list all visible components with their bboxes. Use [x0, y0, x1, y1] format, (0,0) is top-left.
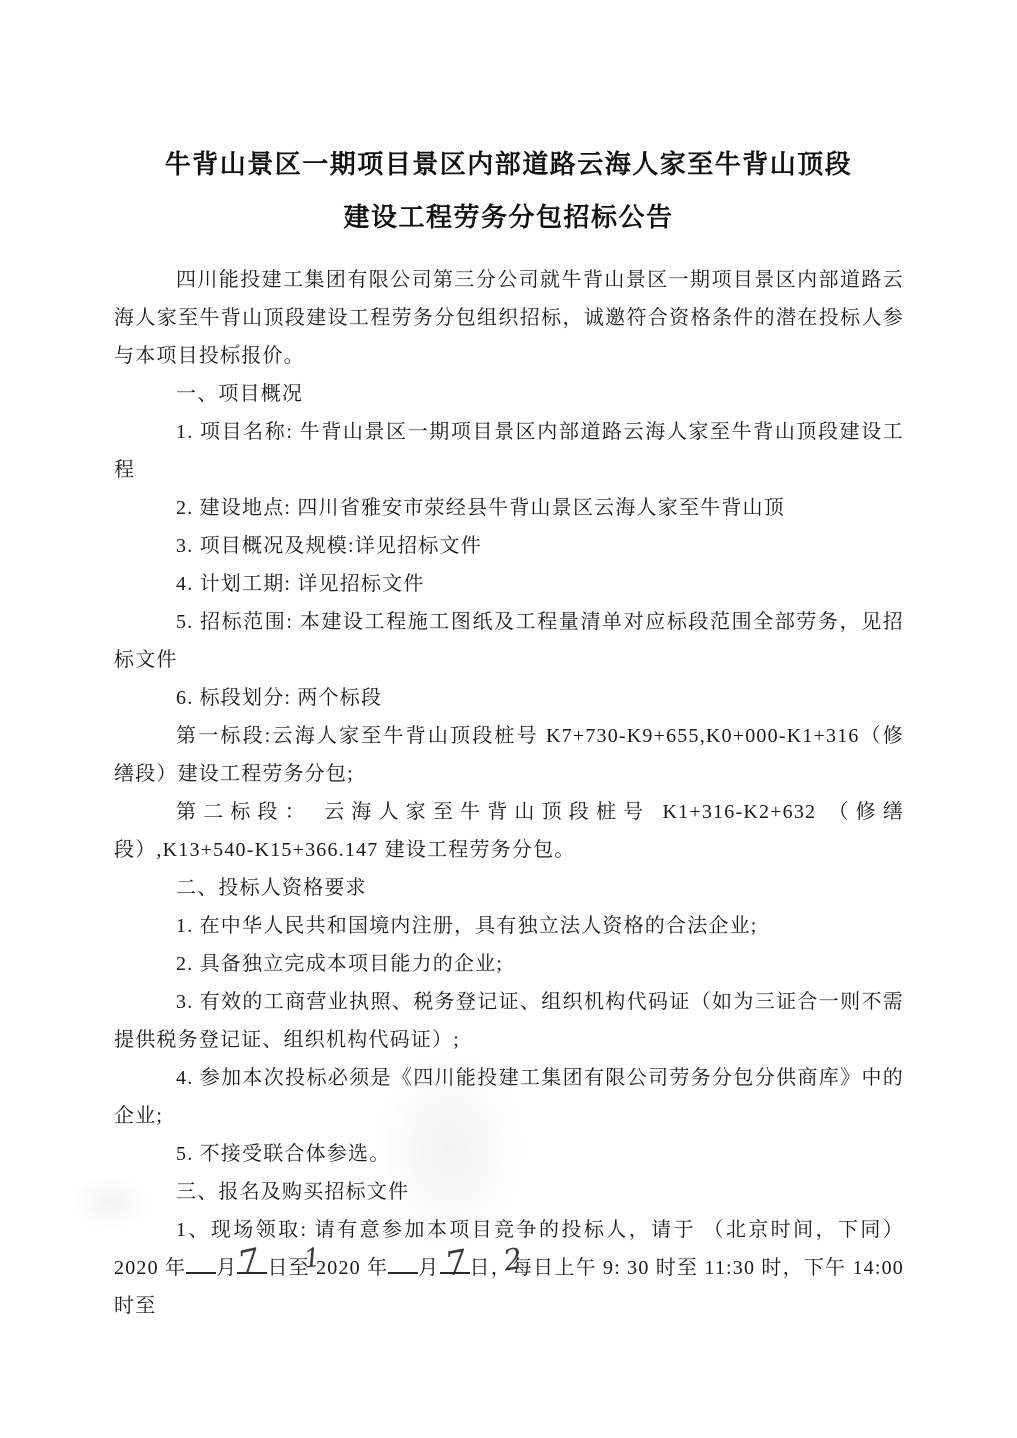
- paragraph: 2. 建设地点: 四川省雅安市荥经县牛背山景区云海人家至牛背山顶: [114, 489, 904, 527]
- paragraph: 5. 招标范围: 本建设工程施工图纸及工程量清单对应标段范围全部劳务，见招标文件: [114, 603, 904, 679]
- fill-in-blank: 7: [388, 1255, 418, 1274]
- printed-text: 月: [418, 1257, 439, 1279]
- printed-text: 月: [216, 1257, 237, 1279]
- paragraph: 1. 项目名称: 牛背山景区一期项目景区内部道路云海人家至牛背山顶段建设工程: [114, 413, 904, 489]
- paragraph: 3. 有效的工商营业执照、税务登记证、组织机构代码证（如为三证合一则不需提供税务…: [114, 983, 904, 1059]
- fill-in-blank: 1: [237, 1255, 267, 1274]
- scan-smudge: [375, 1050, 525, 1250]
- fill-in-blank: 7: [186, 1255, 216, 1274]
- paragraph: 4. 计划工期: 详见招标文件: [114, 565, 904, 603]
- section-heading: 二、投标人资格要求: [114, 869, 904, 907]
- document-title-line1: 牛背山景区一期项目景区内部道路云海人家至牛背山顶段: [0, 138, 1017, 191]
- scanned-document-page: 牛背山景区一期项目景区内部道路云海人家至牛背山顶段 建设工程劳务分包招标公告 四…: [0, 0, 1017, 1438]
- paragraph: 第一标段:云海人家至牛背山顶段桩号 K7+730-K9+655,K0+000-K…: [114, 717, 904, 793]
- paragraph: 2. 具备独立完成本项目能力的企业;: [114, 945, 904, 983]
- paragraph: 3. 项目概况及规模:详见招标文件: [114, 527, 904, 565]
- printed-text: 日至 2020 年: [267, 1257, 388, 1279]
- section-heading: 一、项目概况: [114, 375, 904, 413]
- paragraph: 6. 标段划分: 两个标段: [114, 679, 904, 717]
- fill-in-blank: 2: [440, 1255, 470, 1274]
- document-title: 牛背山景区一期项目景区内部道路云海人家至牛背山顶段 建设工程劳务分包招标公告: [0, 138, 1017, 244]
- paragraph: 第二标段： 云海人家至牛背山顶段桩号 K1+316-K2+632 （修缮段）,K…: [114, 793, 904, 869]
- paragraph: 1. 在中华人民共和国境内注册，具有独立法人资格的合法企业;: [114, 907, 904, 945]
- document-title-line2: 建设工程劳务分包招标公告: [0, 191, 1017, 244]
- paragraph: 四川能投建工集团有限公司第三分公司就牛背山景区一期项目景区内部道路云海人家至牛背…: [114, 261, 904, 375]
- scan-smudge: [70, 1175, 150, 1230]
- scan-speck: [236, 344, 240, 348]
